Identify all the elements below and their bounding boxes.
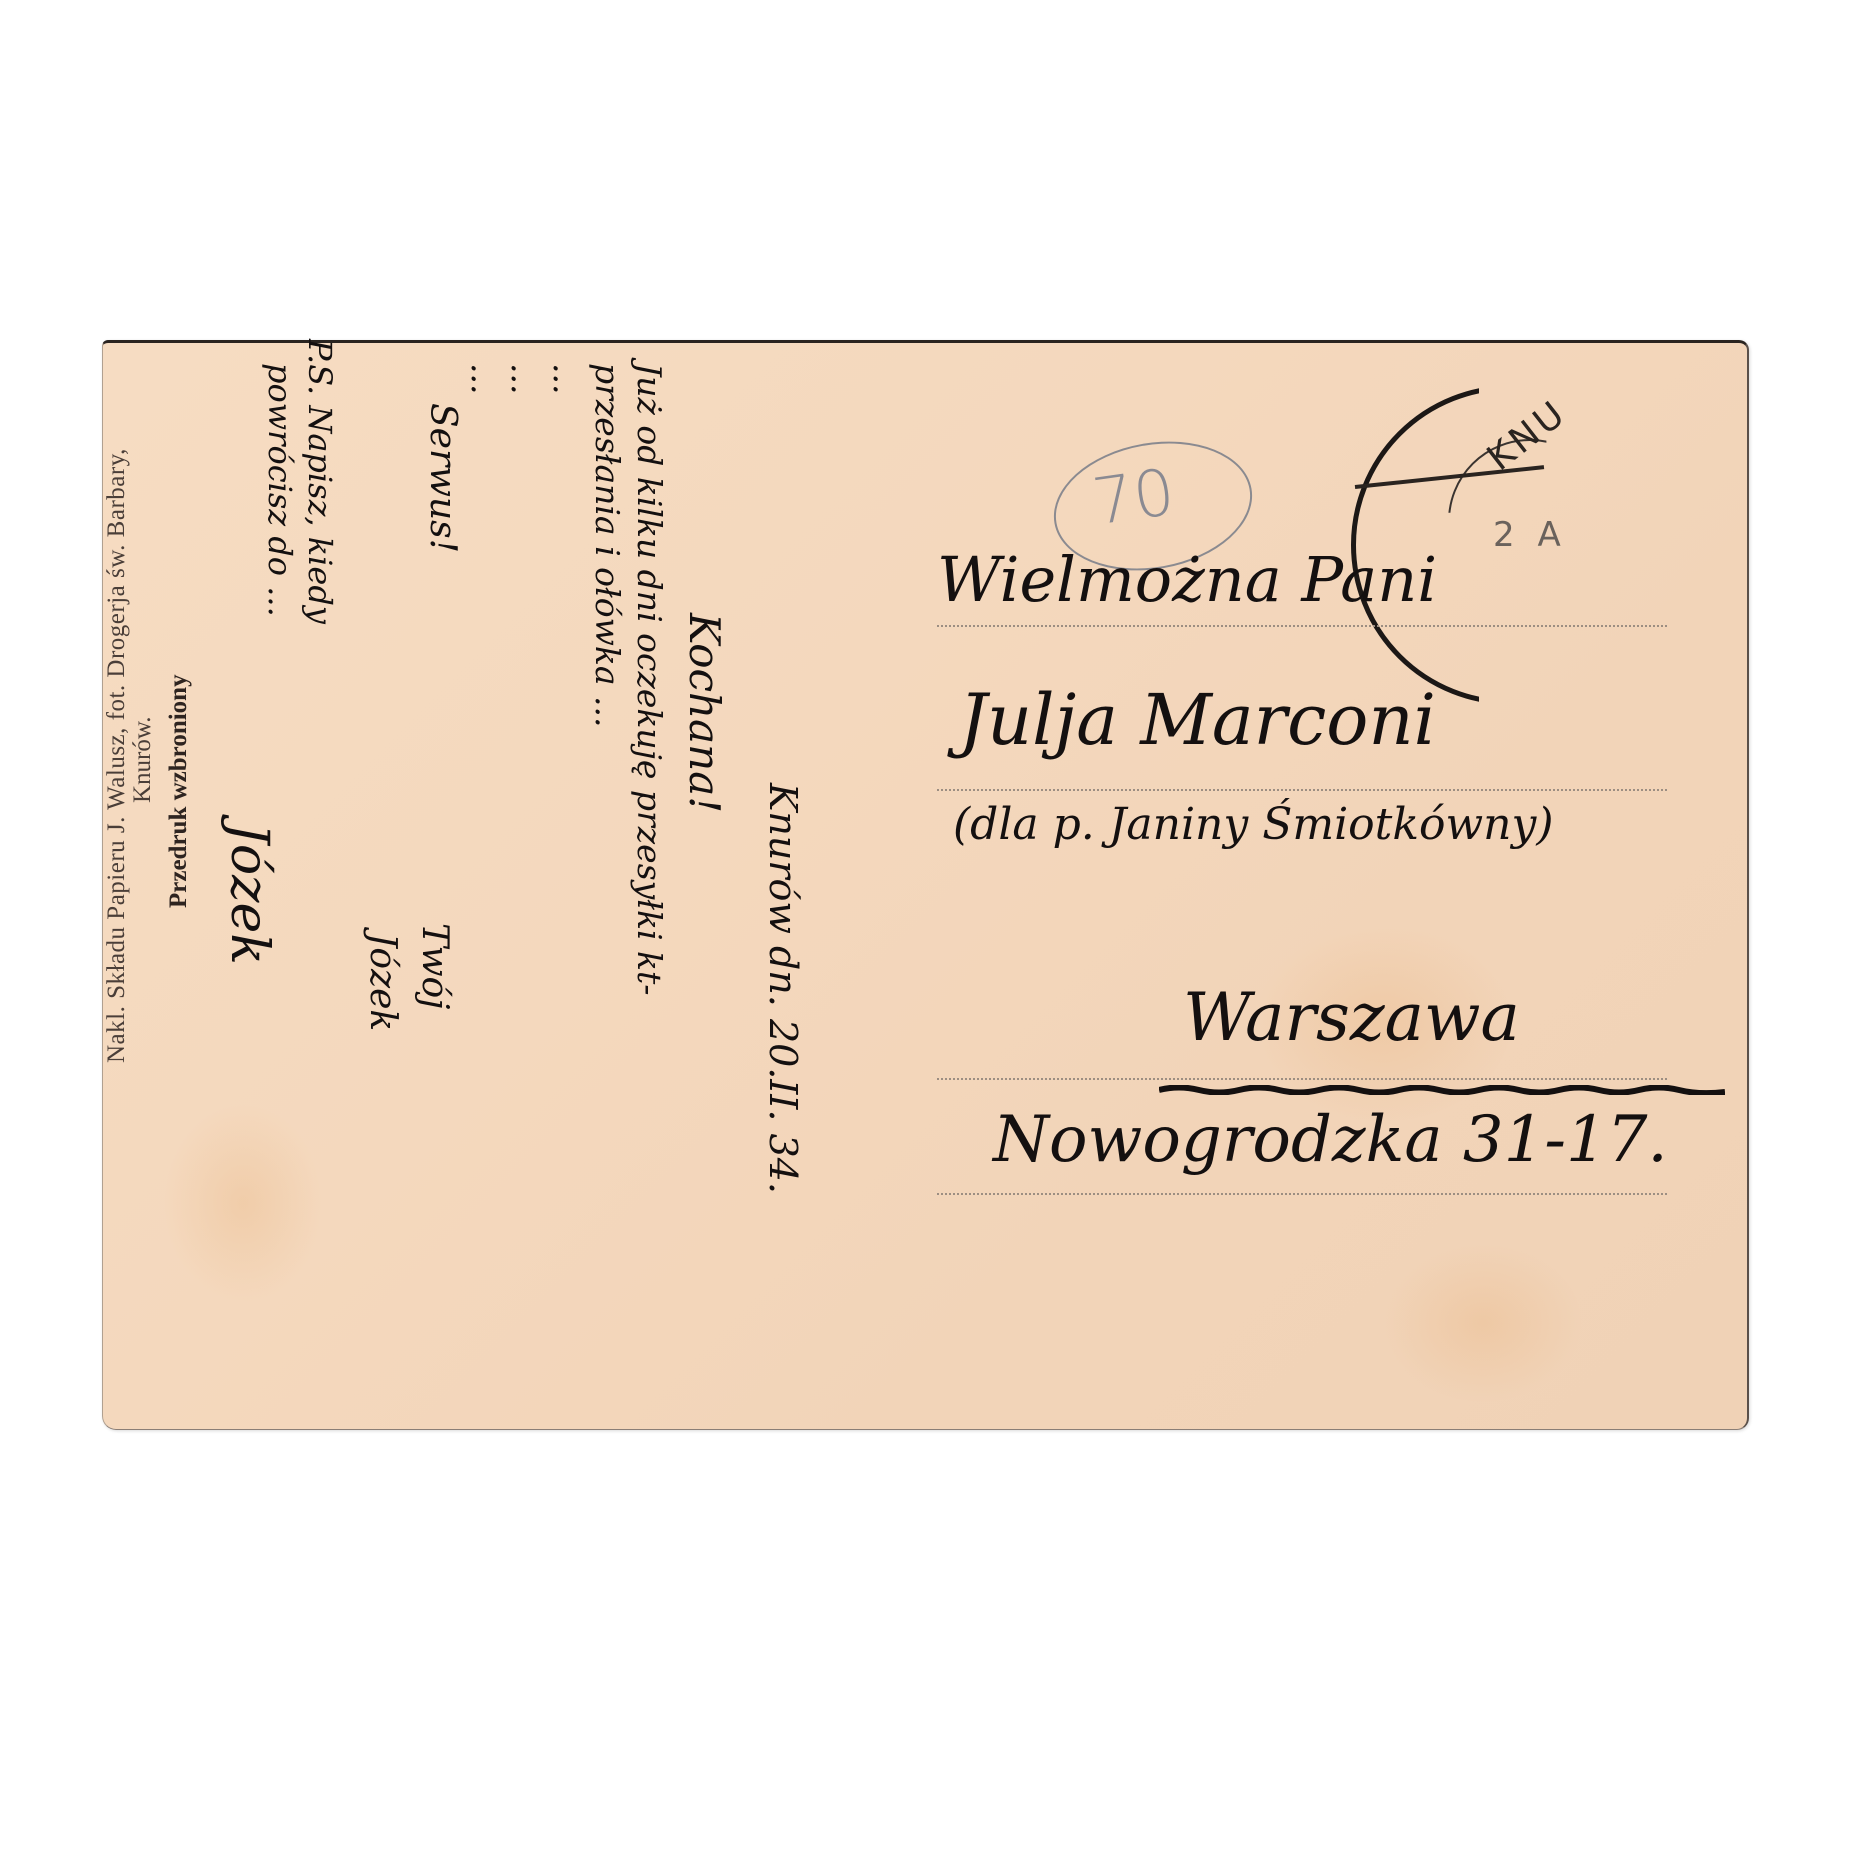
reprint-notice: Przedruk wzbroniony bbox=[165, 674, 193, 908]
message-closing: Józek bbox=[362, 933, 403, 1031]
message-place-date: Knurów dn. 20.II. 34. bbox=[761, 783, 805, 1194]
message-body-line: ... bbox=[464, 363, 503, 394]
address-dotted-line bbox=[937, 625, 1667, 627]
postcard: Nakl. Składu Papieru J. Walusz, fot. Dro… bbox=[102, 340, 1749, 1430]
address-salutation: Wielmożna Pani bbox=[937, 543, 1437, 616]
message-body-line: ... bbox=[546, 363, 585, 394]
message-body-line: ... bbox=[504, 363, 543, 394]
message-postscript: powrócisz do ... bbox=[261, 363, 299, 617]
message-body-line: przesłania i ołówka ... bbox=[588, 363, 627, 727]
address-city: Warszawa bbox=[1183, 979, 1520, 1056]
message-closing: Twój bbox=[414, 923, 455, 1009]
message-postscript: P.S. Napisz, kiedy bbox=[301, 339, 339, 624]
address-street: Nowogrodzka 31-17. bbox=[993, 1103, 1668, 1177]
message-greeting: Kochana! bbox=[680, 613, 729, 813]
pencil-number: 70 bbox=[1088, 456, 1179, 541]
address-dotted-line bbox=[937, 1193, 1667, 1195]
message-body-line: Już od kilku dni oczekuję przesyłki kt- bbox=[630, 363, 669, 995]
address-care-of: (dla p. Janiny Śmiotkówny) bbox=[953, 799, 1554, 850]
postmark-date: 2 A bbox=[1493, 515, 1567, 555]
message-closing: Serwus! bbox=[422, 403, 463, 553]
address-name: Julja Marconi bbox=[959, 679, 1436, 761]
message-signature: Józek bbox=[219, 823, 279, 965]
publisher-imprint: Nakl. Składu Papieru J. Walusz, fot. Dro… bbox=[103, 448, 131, 1063]
paper-stain bbox=[1383, 1243, 1583, 1403]
address-dotted-line bbox=[937, 1078, 1667, 1080]
paper-stain bbox=[163, 1103, 323, 1303]
publisher-town: Knurów. bbox=[129, 716, 157, 803]
city-underline bbox=[1159, 1085, 1725, 1095]
address-dotted-line bbox=[937, 789, 1667, 791]
